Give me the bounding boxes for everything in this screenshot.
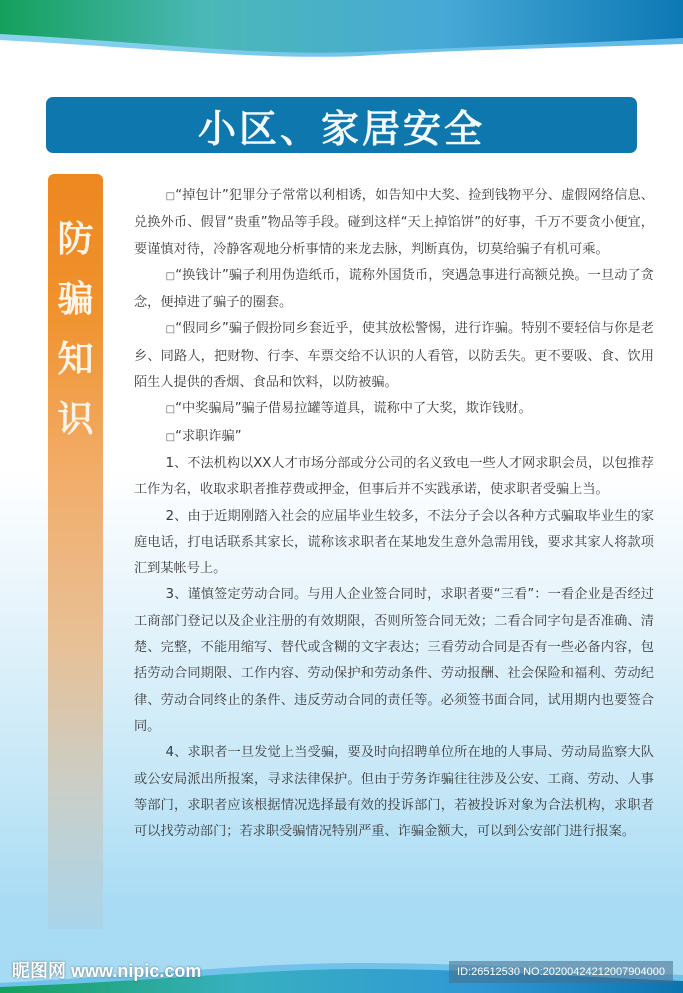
body-content: “掉包计”犯罪分子常常以利相诱，如告知中大奖、捡到钱物平分、虚假网络信息、兑换外… xyxy=(134,183,654,845)
paragraph-job-fraud-1: 1、不法机构以XX人才市场分部或分公司的名义致电一些人才网求职会员，以包推荐工作… xyxy=(134,451,654,504)
paragraph-job-fraud-3: 3、谨慎签定劳动合同。与用人企业签合同时，求职者要“三看”：一看企业是否经过工商… xyxy=(134,582,654,740)
poster-title: 小区、家居安全 xyxy=(198,98,485,153)
side-label-char: 骗 xyxy=(57,270,93,330)
title-banner: 小区、家居安全 xyxy=(46,97,637,153)
side-label-char: 识 xyxy=(57,390,93,450)
paragraph-fake-townsman: “假同乡”骗子假扮同乡套近乎，使其放松警惕，进行诈骗。特别不要轻信与你是老乡、同… xyxy=(134,316,654,396)
side-label-tag: 防 骗 知 识 xyxy=(48,174,103,929)
paragraph-money-exchange: “换钱计”骗子利用伪造纸币，谎称外国货币，突遇急事进行高额兑换。一旦动了贪念，便… xyxy=(134,263,654,317)
paragraph-job-fraud-4: 4、求职者一旦发觉上当受骗，要及时向招聘单位所在地的人事局、劳动局监察大队或公安… xyxy=(134,740,654,845)
side-label-char: 防 xyxy=(57,210,93,270)
side-label-char: 知 xyxy=(57,330,93,390)
site-watermark: 昵图网 www.nipic.com xyxy=(12,957,201,983)
paragraph-lottery-scam: “中奖骗局”骗子借易拉罐等道具，谎称中了大奖，欺诈钱财。 xyxy=(134,396,654,423)
paragraph-job-fraud-heading: “求职诈骗” xyxy=(134,424,654,451)
top-wave-decoration xyxy=(0,0,683,80)
paragraph-job-fraud-2: 2、由于近期刚踏入社会的应届毕业生较多，不法分子会以各种方式骗取毕业生的家庭电话… xyxy=(134,504,654,583)
paragraph-swap-trick: “掉包计”犯罪分子常常以利相诱，如告知中大奖、捡到钱物平分、虚假网络信息、兑换外… xyxy=(134,183,654,263)
image-id-watermark: ID:26512530 NO:20200424212007904000 xyxy=(449,961,673,983)
